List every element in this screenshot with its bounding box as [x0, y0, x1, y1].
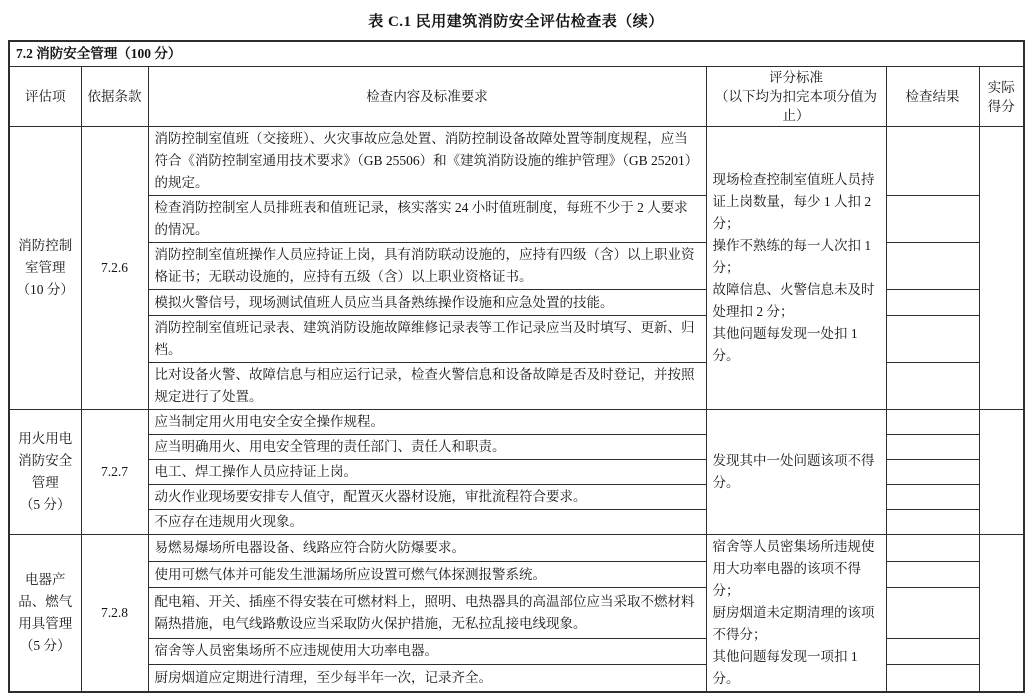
category-name: 用火用电消防安全管理 （5 分） — [9, 410, 81, 535]
clause-number: 7.2.6 — [81, 127, 148, 410]
table-row: 用火用电消防安全管理 （5 分） 7.2.7 应当制定用火用电安全安全操作规程。… — [9, 410, 1024, 435]
result-cell — [886, 535, 979, 562]
result-cell — [886, 243, 979, 290]
col-header-score: 实际得分 — [979, 67, 1024, 127]
clause-number: 7.2.8 — [81, 535, 148, 693]
category-name: 电器产品、燃气用具管理 （5 分） — [9, 535, 81, 693]
col-header-content: 检查内容及标准要求 — [148, 67, 706, 127]
check-item-text: 模拟火警信号，现场测试值班人员应当具备熟练操作设施和应急处置的技能。 — [148, 290, 706, 316]
result-cell — [886, 485, 979, 510]
check-item-text: 消防控制室值班记录表、建筑消防设施故障维修记录表等工作记录应当及时填写、更新、归… — [148, 316, 706, 363]
result-cell — [886, 435, 979, 460]
result-cell — [886, 410, 979, 435]
checklist-table: 7.2 消防安全管理（100 分） 评估项 依据条款 检查内容及标准要求 评分标… — [8, 40, 1025, 693]
score-cell — [979, 127, 1024, 410]
col-header-item: 评估项 — [9, 67, 81, 127]
clause-number: 7.2.7 — [81, 410, 148, 535]
criteria-text: 发现其中一处问题该项不得分。 — [706, 410, 886, 535]
result-cell — [886, 290, 979, 316]
check-item-text: 配电箱、开关、插座不得安装在可燃材料上，照明、电热器具的高温部位应当采取不燃材料… — [148, 588, 706, 638]
column-header-row: 评估项 依据条款 检查内容及标准要求 评分标准 （以下均为扣完本项分值为止） 检… — [9, 67, 1024, 127]
result-cell — [886, 316, 979, 363]
score-cell — [979, 535, 1024, 693]
result-cell — [886, 363, 979, 410]
check-item-text: 不应存在违规用火现象。 — [148, 510, 706, 535]
col-header-clause: 依据条款 — [81, 67, 148, 127]
check-item-text: 消防控制室值班操作人员应持证上岗，具有消防联动设施的，应持有四级（含）以上职业资… — [148, 243, 706, 290]
result-cell — [886, 510, 979, 535]
check-item-text: 易燃易爆场所电器设备、线路应符合防火防爆要求。 — [148, 535, 706, 562]
document-page: 表 C.1 民用建筑消防安全评估检查表（续） 7.2 消防安全管理（100 分）… — [0, 0, 1032, 591]
check-item-text: 检查消防控制室人员排班表和值班记录，核实落实 24 小时值班制度，每班不少于 2… — [148, 196, 706, 243]
result-cell — [886, 127, 979, 196]
criteria-text: 现场检查控制室值班人员持证上岗数量，每少 1 人扣 2 分； 操作不熟练的每一人… — [706, 127, 886, 410]
check-item-text: 动火作业现场要安排专人值守，配置灭火器材设施，审批流程符合要求。 — [148, 485, 706, 510]
score-cell — [979, 410, 1024, 535]
criteria-text: 宿舍等人员密集场所违规使用大功率电器的该项不得分； 厨房烟道未定期清理的该项不得… — [706, 535, 886, 693]
category-name: 消防控制室管理 （10 分） — [9, 127, 81, 410]
check-item-text: 比对设备火警、故障信息与相应运行记录，检查火警信息和设备故障是否及时登记，并按照… — [148, 363, 706, 410]
result-cell — [886, 588, 979, 638]
check-item-text: 应当明确用火、用电安全管理的责任部门、责任人和职责。 — [148, 435, 706, 460]
check-item-text: 电工、焊工操作人员应持证上岗。 — [148, 460, 706, 485]
col-header-result: 检查结果 — [886, 67, 979, 127]
section-header: 7.2 消防安全管理（100 分） — [9, 41, 1024, 67]
result-cell — [886, 638, 979, 665]
section-banner-row: 7.2 消防安全管理（100 分） — [9, 41, 1024, 67]
result-cell — [886, 665, 979, 692]
table-row: 消防控制室管理 （10 分） 7.2.6 消防控制室值班（交接班）、火灾事故应急… — [9, 127, 1024, 196]
check-item-text: 使用可燃气体并可能发生泄漏场所应设置可燃气体探测报警系统。 — [148, 561, 706, 588]
check-item-text: 厨房烟道应定期进行清理，至少每半年一次，记录齐全。 — [148, 665, 706, 692]
result-cell — [886, 460, 979, 485]
col-header-criteria: 评分标准 （以下均为扣完本项分值为止） — [706, 67, 886, 127]
table-title: 表 C.1 民用建筑消防安全评估检查表（续） — [0, 0, 1032, 40]
result-cell — [886, 196, 979, 243]
check-item-text: 应当制定用火用电安全安全操作规程。 — [148, 410, 706, 435]
check-item-text: 消防控制室值班（交接班）、火灾事故应急处置、消防控制设备故障处置等制度规程，应当… — [148, 127, 706, 196]
check-item-text: 宿舍等人员密集场所不应违规使用大功率电器。 — [148, 638, 706, 665]
result-cell — [886, 561, 979, 588]
table-row: 电器产品、燃气用具管理 （5 分） 7.2.8 易燃易爆场所电器设备、线路应符合… — [9, 535, 1024, 562]
